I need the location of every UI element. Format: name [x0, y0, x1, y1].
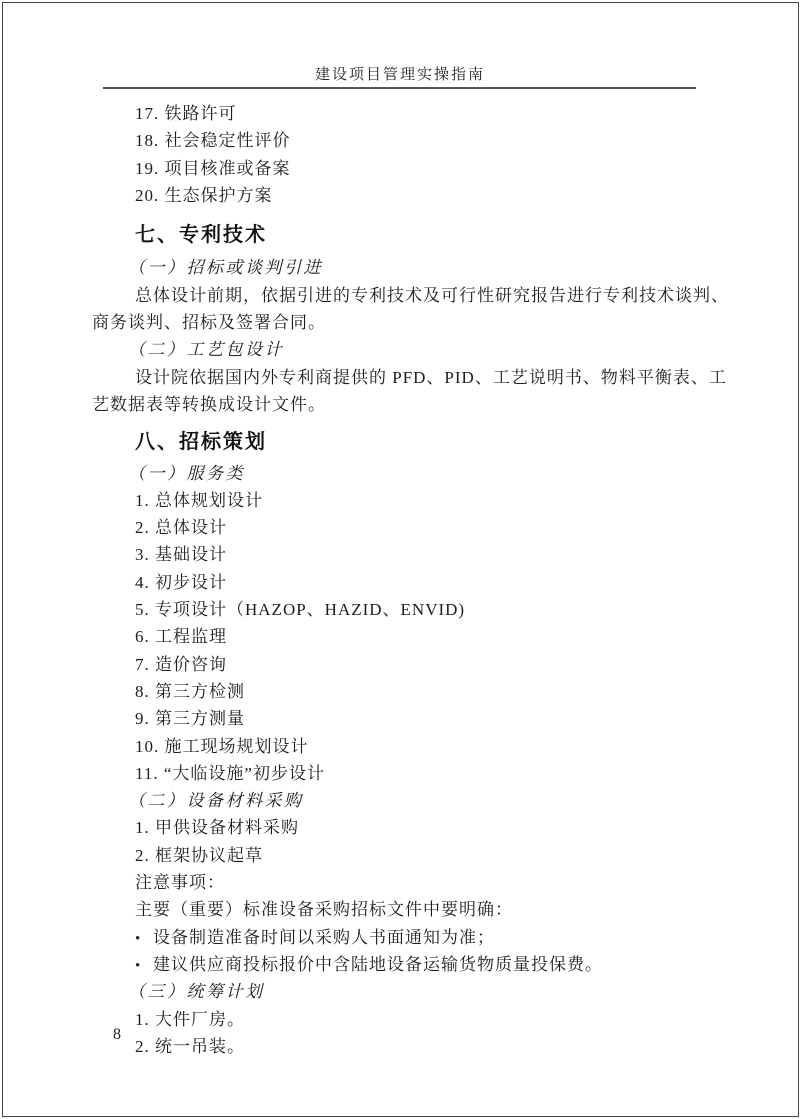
- paragraph-line: 艺数据表等转换成设计文件。: [92, 391, 708, 418]
- list-item: 18. 社会稳定性评价: [92, 127, 708, 154]
- list-item: 4. 初步设计: [92, 569, 708, 596]
- paragraph-line: 商务谈判、招标及签署合同。: [92, 309, 708, 336]
- header-rule-divider: [103, 87, 696, 89]
- bullet-item-text: 设备制造准备时间以采购人书面通知为准；: [153, 928, 495, 947]
- list-item: 7. 造价咨询: [92, 651, 708, 678]
- list-item: 11. “大临设施”初步设计: [92, 760, 708, 787]
- list-item: 20. 生态保护方案: [92, 182, 708, 209]
- list-item: 5. 专项设计（HAZOP、HAZID、ENVID): [92, 596, 708, 623]
- bullet-item: •设备制造准备时间以采购人书面通知为准；: [92, 924, 708, 951]
- bullet-item: •建议供应商投标报价中含陆地设备运输货物质量投保费。: [92, 951, 708, 978]
- bullet-item-text: 建议供应商投标报价中含陆地设备运输货物质量投保费。: [153, 955, 603, 974]
- sub-heading: （一）服务类: [92, 460, 708, 487]
- list-item: 2. 总体设计: [92, 514, 708, 541]
- list-item: 3. 基础设计: [92, 541, 708, 568]
- list-item: 1. 大件厂房。: [92, 1006, 708, 1033]
- list-item: 2. 框架协议起草: [92, 842, 708, 869]
- running-header-title: 建设项目管理实操指南: [100, 63, 700, 84]
- list-item: 17. 铁路许可: [92, 100, 708, 127]
- list-item: 9. 第三方测量: [92, 705, 708, 732]
- document-page: { "header": { "title": "建设项目管理实操指南" }, "…: [0, 0, 800, 1119]
- list-item: 19. 项目核准或备案: [92, 155, 708, 182]
- bullet-icon: •: [135, 926, 153, 953]
- page-body: 17. 铁路许可 18. 社会稳定性评价 19. 项目核准或备案 20. 生态保…: [92, 100, 708, 1060]
- paragraph-line: 总体设计前期，依据引进的专利技术及可行性研究报告进行专利技术谈判、: [92, 282, 708, 309]
- sub-heading: （一）招标或谈判引进: [92, 254, 708, 281]
- paragraph-line: 设计院依据国内外专利商提供的 PFD、PID、工艺说明书、物料平衡表、工: [92, 364, 708, 391]
- list-item: 6. 工程监理: [92, 623, 708, 650]
- sub-heading: （二）设备材料采购: [92, 787, 708, 814]
- list-item: 10. 施工现场规划设计: [92, 733, 708, 760]
- bullet-icon: •: [135, 953, 153, 980]
- section-heading-8: 八、招标策划: [92, 427, 708, 454]
- list-item: 1. 甲供设备材料采购: [92, 814, 708, 841]
- page-number: 8: [113, 1026, 121, 1044]
- section-heading-7: 七、专利技术: [92, 220, 708, 247]
- sub-heading: （三）统筹计划: [92, 978, 708, 1005]
- list-item: 1. 总体规划设计: [92, 487, 708, 514]
- note-line: 主要（重要）标准设备采购招标文件中要明确：: [92, 896, 708, 923]
- list-item: 2. 统一吊装。: [92, 1033, 708, 1060]
- list-item: 8. 第三方检测: [92, 678, 708, 705]
- note-label: 注意事项：: [92, 869, 708, 896]
- sub-heading: （二）工艺包设计: [92, 336, 708, 363]
